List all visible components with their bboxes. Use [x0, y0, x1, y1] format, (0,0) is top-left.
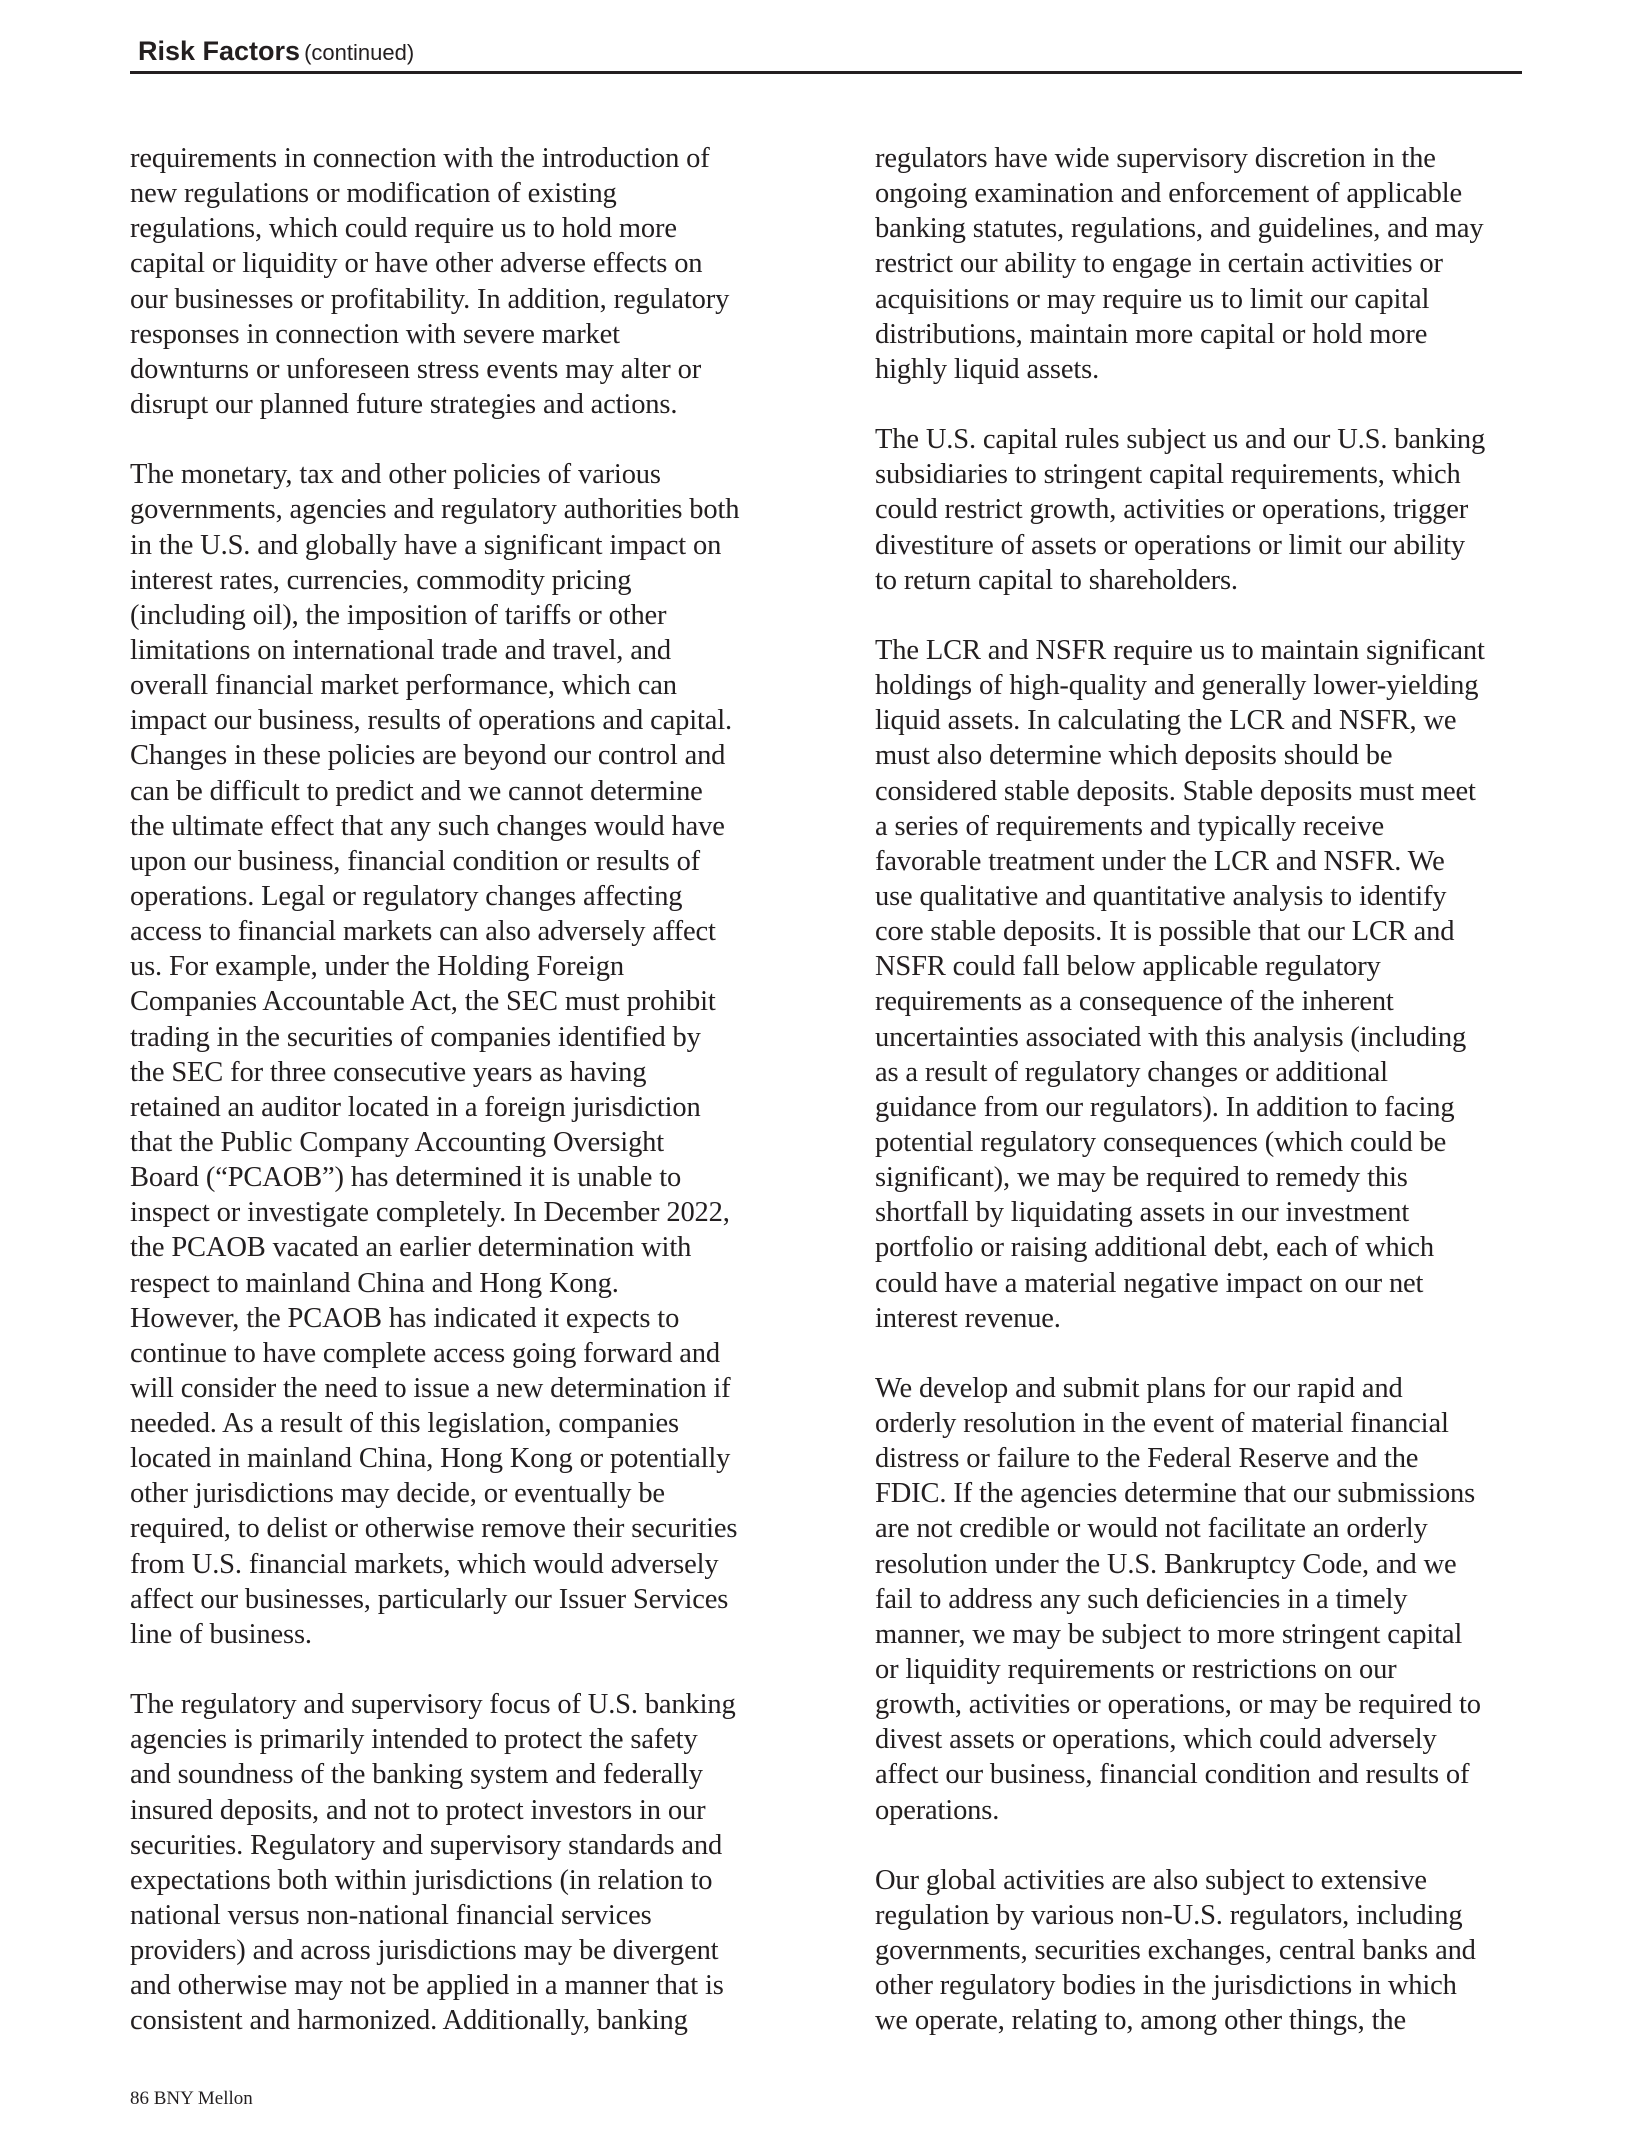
text-line: line of business. [130, 1617, 795, 1652]
body-paragraph: We develop and submit plans for our rapi… [875, 1371, 1540, 1828]
text-line: significant), we may be required to reme… [875, 1160, 1540, 1195]
text-line: The regulatory and supervisory focus of … [130, 1687, 795, 1722]
body-paragraph: The monetary, tax and other policies of … [130, 457, 795, 1652]
text-line: the PCAOB vacated an earlier determinati… [130, 1230, 795, 1265]
text-line: interest revenue. [875, 1301, 1540, 1336]
text-line: distress or failure to the Federal Reser… [875, 1441, 1540, 1476]
text-line: securities. Regulatory and supervisory s… [130, 1828, 795, 1863]
text-line: divest assets or operations, which could… [875, 1722, 1540, 1757]
text-line: operations. [875, 1793, 1540, 1828]
text-line: Changes in these policies are beyond our… [130, 738, 795, 773]
text-line: operations. Legal or regulatory changes … [130, 879, 795, 914]
text-line: inspect or investigate completely. In De… [130, 1195, 795, 1230]
text-line: affect our business, financial condition… [875, 1757, 1540, 1792]
text-line: resolution under the U.S. Bankruptcy Cod… [875, 1547, 1540, 1582]
text-line: could restrict growth, activities or ope… [875, 492, 1540, 527]
text-line: shortfall by liquidating assets in our i… [875, 1195, 1540, 1230]
text-line: regulators have wide supervisory discret… [875, 141, 1540, 176]
text-line: ongoing examination and enforcement of a… [875, 176, 1540, 211]
text-line: The LCR and NSFR require us to maintain … [875, 633, 1540, 668]
text-line: new regulations or modification of exist… [130, 176, 795, 211]
text-line: us. For example, under the Holding Forei… [130, 949, 795, 984]
page-header: Risk Factors(continued) [130, 0, 1522, 74]
text-line: governments, securities exchanges, centr… [875, 1933, 1540, 1968]
body-paragraph: requirements in connection with the intr… [130, 141, 795, 422]
text-line: interest rates, currencies, commodity pr… [130, 563, 795, 598]
text-line: the ultimate effect that any such change… [130, 809, 795, 844]
text-line: trading in the securities of companies i… [130, 1020, 795, 1055]
text-line: a series of requirements and typically r… [875, 809, 1540, 844]
text-line: respect to mainland China and Hong Kong. [130, 1266, 795, 1301]
text-line: Companies Accountable Act, the SEC must … [130, 984, 795, 1019]
text-line: favorable treatment under the LCR and NS… [875, 844, 1540, 879]
text-line: regulation by various non-U.S. regulator… [875, 1898, 1540, 1933]
text-line: retained an auditor located in a foreign… [130, 1090, 795, 1125]
text-line: other regulatory bodies in the jurisdict… [875, 1968, 1540, 2003]
text-line: are not credible or would not facilitate… [875, 1511, 1540, 1546]
text-line: subsidiaries to stringent capital requir… [875, 457, 1540, 492]
text-line: However, the PCAOB has indicated it expe… [130, 1301, 795, 1336]
text-line: insured deposits, and not to protect inv… [130, 1793, 795, 1828]
right-column: regulators have wide supervisory discret… [875, 141, 1540, 2074]
text-line: portfolio or raising additional debt, ea… [875, 1230, 1540, 1265]
text-line: FDIC. If the agencies determine that our… [875, 1476, 1540, 1511]
text-line: impact our business, results of operatio… [130, 703, 795, 738]
text-line: other jurisdictions may decide, or event… [130, 1476, 795, 1511]
text-line: disrupt our planned future strategies an… [130, 387, 795, 422]
header-divider [130, 71, 1522, 74]
text-line: upon our business, financial condition o… [130, 844, 795, 879]
text-line: regulations, which could require us to h… [130, 211, 795, 246]
text-line: highly liquid assets. [875, 352, 1540, 387]
left-column: requirements in connection with the intr… [130, 141, 795, 2074]
text-line: divestiture of assets or operations or l… [875, 528, 1540, 563]
text-line: potential regulatory consequences (which… [875, 1125, 1540, 1160]
text-line: that the Public Company Accounting Overs… [130, 1125, 795, 1160]
text-line: expectations both within jurisdictions (… [130, 1863, 795, 1898]
text-line: guidance from our regulators). In additi… [875, 1090, 1540, 1125]
text-line: national versus non-national financial s… [130, 1898, 795, 1933]
body-paragraph: The regulatory and supervisory focus of … [130, 1687, 795, 2038]
text-line: needed. As a result of this legislation,… [130, 1406, 795, 1441]
text-line: holdings of high-quality and generally l… [875, 668, 1540, 703]
section-title-continued: (continued) [304, 40, 414, 65]
body-paragraph: The U.S. capital rules subject us and ou… [875, 422, 1540, 598]
text-line: growth, activities or operations, or may… [875, 1687, 1540, 1722]
text-line: banking statutes, regulations, and guide… [875, 211, 1540, 246]
body-paragraph: The LCR and NSFR require us to maintain … [875, 633, 1540, 1336]
text-line: (including oil), the imposition of tarif… [130, 598, 795, 633]
text-line: core stable deposits. It is possible tha… [875, 914, 1540, 949]
section-title-main: Risk Factors [138, 36, 300, 66]
text-line: as a result of regulatory changes or add… [875, 1055, 1540, 1090]
text-line: the SEC for three consecutive years as h… [130, 1055, 795, 1090]
text-line: will consider the need to issue a new de… [130, 1371, 795, 1406]
text-line: NSFR could fall below applicable regulat… [875, 949, 1540, 984]
text-line: responses in connection with severe mark… [130, 317, 795, 352]
text-line: consistent and harmonized. Additionally,… [130, 2003, 795, 2038]
text-line: could have a material negative impact on… [875, 1266, 1540, 1301]
text-line: use qualitative and quantitative analysi… [875, 879, 1540, 914]
text-line: The U.S. capital rules subject us and ou… [875, 422, 1540, 457]
text-line: requirements as a consequence of the inh… [875, 984, 1540, 1019]
text-line: overall financial market performance, wh… [130, 668, 795, 703]
text-line: uncertainties associated with this analy… [875, 1020, 1540, 1055]
text-line: providers) and across jurisdictions may … [130, 1933, 795, 1968]
text-line: must also determine which deposits shoul… [875, 738, 1540, 773]
text-line: we operate, relating to, among other thi… [875, 2003, 1540, 2038]
text-line: from U.S. financial markets, which would… [130, 1547, 795, 1582]
text-line: The monetary, tax and other policies of … [130, 457, 795, 492]
text-line: to return capital to shareholders. [875, 563, 1540, 598]
text-line: and otherwise may not be applied in a ma… [130, 1968, 795, 2003]
text-line: orderly resolution in the event of mater… [875, 1406, 1540, 1441]
body-paragraph: regulators have wide supervisory discret… [875, 141, 1540, 387]
text-line: restrict our ability to engage in certai… [875, 246, 1540, 281]
text-line: limitations on international trade and t… [130, 633, 795, 668]
text-line: manner, we may be subject to more string… [875, 1617, 1540, 1652]
text-line: our businesses or profitability. In addi… [130, 282, 795, 317]
text-line: and soundness of the banking system and … [130, 1757, 795, 1792]
text-line: We develop and submit plans for our rapi… [875, 1371, 1540, 1406]
text-line: Board (“PCAOB”) has determined it is una… [130, 1160, 795, 1195]
body-paragraph: Our global activities are also subject t… [875, 1863, 1540, 2039]
text-line: fail to address any such deficiencies in… [875, 1582, 1540, 1617]
text-line: Our global activities are also subject t… [875, 1863, 1540, 1898]
text-line: can be difficult to predict and we canno… [130, 774, 795, 809]
text-line: distributions, maintain more capital or … [875, 317, 1540, 352]
text-line: agencies is primarily intended to protec… [130, 1722, 795, 1757]
page-footer: 86 BNY Mellon [130, 2088, 253, 2110]
text-line: in the U.S. and globally have a signific… [130, 528, 795, 563]
text-line: acquisitions or may require us to limit … [875, 282, 1540, 317]
text-line: affect our businesses, particularly our … [130, 1582, 795, 1617]
text-line: located in mainland China, Hong Kong or … [130, 1441, 795, 1476]
text-line: considered stable deposits. Stable depos… [875, 774, 1540, 809]
text-line: capital or liquidity or have other adver… [130, 246, 795, 281]
text-line: or liquidity requirements or restriction… [875, 1652, 1540, 1687]
text-line: required, to delist or otherwise remove … [130, 1511, 795, 1546]
text-line: governments, agencies and regulatory aut… [130, 492, 795, 527]
text-line: access to financial markets can also adv… [130, 914, 795, 949]
text-line: continue to have complete access going f… [130, 1336, 795, 1371]
text-line: downturns or unforeseen stress events ma… [130, 352, 795, 387]
text-line: requirements in connection with the intr… [130, 141, 795, 176]
text-line: liquid assets. In calculating the LCR an… [875, 703, 1540, 738]
section-title: Risk Factors(continued) [138, 38, 414, 65]
